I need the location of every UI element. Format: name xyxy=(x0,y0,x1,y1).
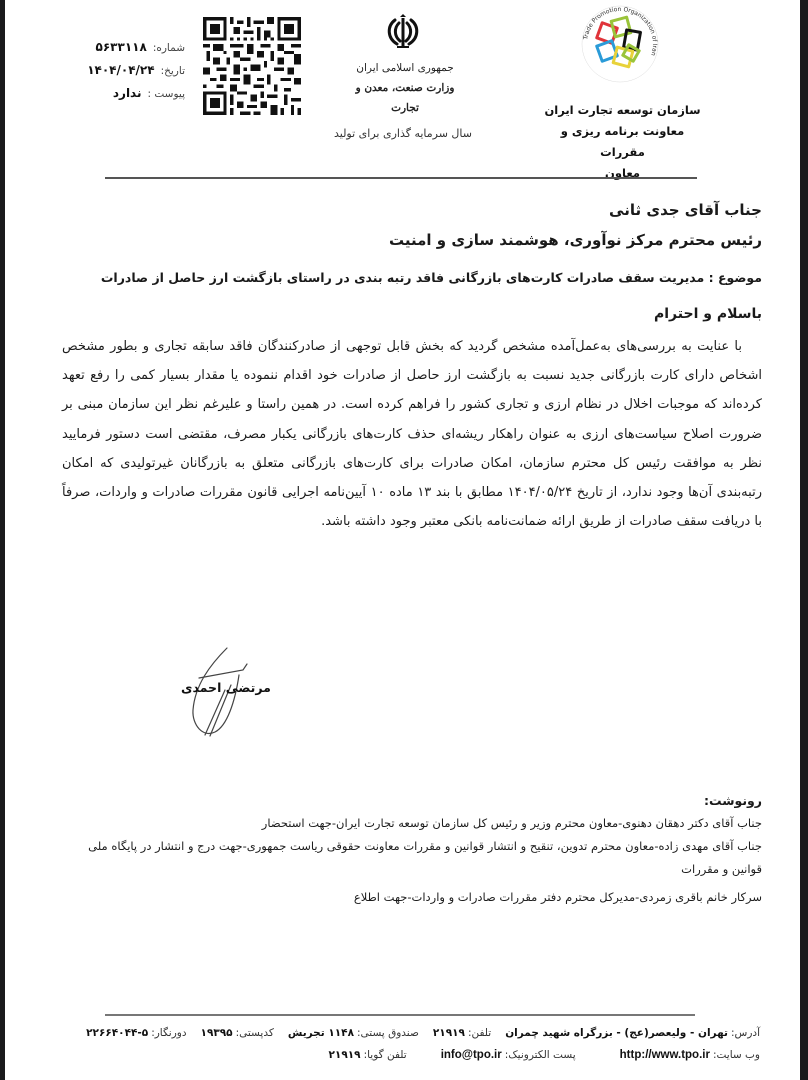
letter-attachment-label: پیوست : xyxy=(148,83,186,105)
letter-body: با عنایت به بررسی‌های به‌عمل‌آمده مشخص گ… xyxy=(62,332,762,536)
cc-list: جناب آقای دکتر دهقان دهنوی-معاون محترم و… xyxy=(57,812,762,909)
ivr-phone-label: تلفن گویا: xyxy=(364,1044,407,1066)
cc-item: جناب آقای مهدی زاده-معاون محترم تدوین، ت… xyxy=(57,835,762,881)
address-label: آدرس: xyxy=(731,1022,760,1044)
email-link[interactable]: info@tpo.ir xyxy=(441,1044,502,1066)
letter-meta: شماره: ۵۶۳۳۱۱۸ تاریخ: ۱۴۰۴/۰۴/۲۴ پیوست :… xyxy=(75,36,185,105)
iran-emblem-icon xyxy=(383,12,423,52)
ministry-line1: جمهوری اسلامی ایران xyxy=(345,58,465,78)
trade-promotion-organization-logo: Trade Promotion Organization of Iran xyxy=(575,3,665,85)
ministry-name: جمهوری اسلامی ایران وزارت صنعت، معدن و ت… xyxy=(345,58,465,118)
year-slogan: سال سرمایه گذاری برای تولید xyxy=(323,127,483,140)
footer-row-address: آدرس:تهران - ولیعصر(عج) - بزرگراه شهید چ… xyxy=(40,1022,760,1044)
website-link[interactable]: http://www.tpo.ir xyxy=(620,1044,710,1066)
letter-footer: آدرس:تهران - ولیعصر(عج) - بزرگراه شهید چ… xyxy=(40,1022,760,1066)
postal-code-value: ۱۹۳۹۵ xyxy=(201,1022,233,1044)
letter-number-value: ۵۶۳۳۱۱۸ xyxy=(96,36,147,58)
header-divider xyxy=(105,177,697,179)
cc-item: جناب آقای دکتر دهقان دهنوی-معاون محترم و… xyxy=(57,812,762,835)
addressee: جناب آقای جدی ثانی رئیس محترم مرکز نوآور… xyxy=(162,195,762,255)
address-value: تهران - ولیعصر(عج) - بزرگراه شهید چمران xyxy=(505,1022,728,1044)
organization-role: معاون xyxy=(540,163,705,184)
organization-name: سازمان توسعه تجارت ایران xyxy=(540,100,705,121)
email-label: پست الکترونیک: xyxy=(505,1044,576,1066)
pobox-value: ۱۱۴۸ تجریش xyxy=(288,1022,354,1044)
ivr-phone-value: ۲۱۹۱۹ xyxy=(329,1044,361,1066)
cc-item: سرکار خانم باقری زمردی-مدیرکل محترم دفتر… xyxy=(57,886,762,909)
fax-label: دورنگار: xyxy=(151,1022,186,1044)
ministry-line2: وزارت صنعت، معدن و تجارت xyxy=(345,78,465,118)
pobox-label: صندوق پستی: xyxy=(357,1022,419,1044)
letter-date-label: تاریخ: xyxy=(161,60,185,82)
organization-block: سازمان توسعه تجارت ایران معاونت برنامه ر… xyxy=(540,100,705,184)
body-paragraph: با عنایت به بررسی‌های به‌عمل‌آمده مشخص گ… xyxy=(62,332,762,536)
greeting: باسلام و احترام xyxy=(654,306,762,322)
letter-page: شماره: ۵۶۳۳۱۱۸ تاریخ: ۱۴۰۴/۰۴/۲۴ پیوست :… xyxy=(5,0,800,1080)
footer-row-contact: وب سایت:http://www.tpo.ir پست الکترونیک:… xyxy=(40,1044,760,1066)
addressee-name: جناب آقای جدی ثانی xyxy=(162,195,762,225)
qr-code-icon xyxy=(203,17,301,115)
signer-name: مرتضی احمدی xyxy=(181,680,271,695)
footer-divider xyxy=(105,1014,695,1016)
phone-value: ۲۱۹۱۹ xyxy=(433,1022,465,1044)
cc-title: رونوشت: xyxy=(704,793,762,808)
letter-attachment-value: ندارد xyxy=(113,82,142,104)
letter-attachment-row: پیوست : ندارد xyxy=(75,82,185,105)
postal-code-label: کدپستی: xyxy=(236,1022,274,1044)
letter-date-row: تاریخ: ۱۴۰۴/۰۴/۲۴ xyxy=(75,59,185,82)
letter-subject: موضوع : مدیریت سقف صادرات کارت‌های بازرگ… xyxy=(82,270,762,285)
letter-number-row: شماره: ۵۶۳۳۱۱۸ xyxy=(75,36,185,59)
addressee-title: رئیس محترم مرکز نوآوری، هوشمند سازی و ام… xyxy=(162,225,762,255)
website-label: وب سایت: xyxy=(713,1044,760,1066)
fax-value: ۲۲۶۶۴۰۴۴-۵ xyxy=(86,1022,148,1044)
letter-number-label: شماره: xyxy=(153,37,185,59)
organization-department: معاونت برنامه ریزی و مقررات xyxy=(540,121,705,163)
letter-date-value: ۱۴۰۴/۰۴/۲۴ xyxy=(87,59,154,81)
phone-label: تلفن: xyxy=(468,1022,491,1044)
